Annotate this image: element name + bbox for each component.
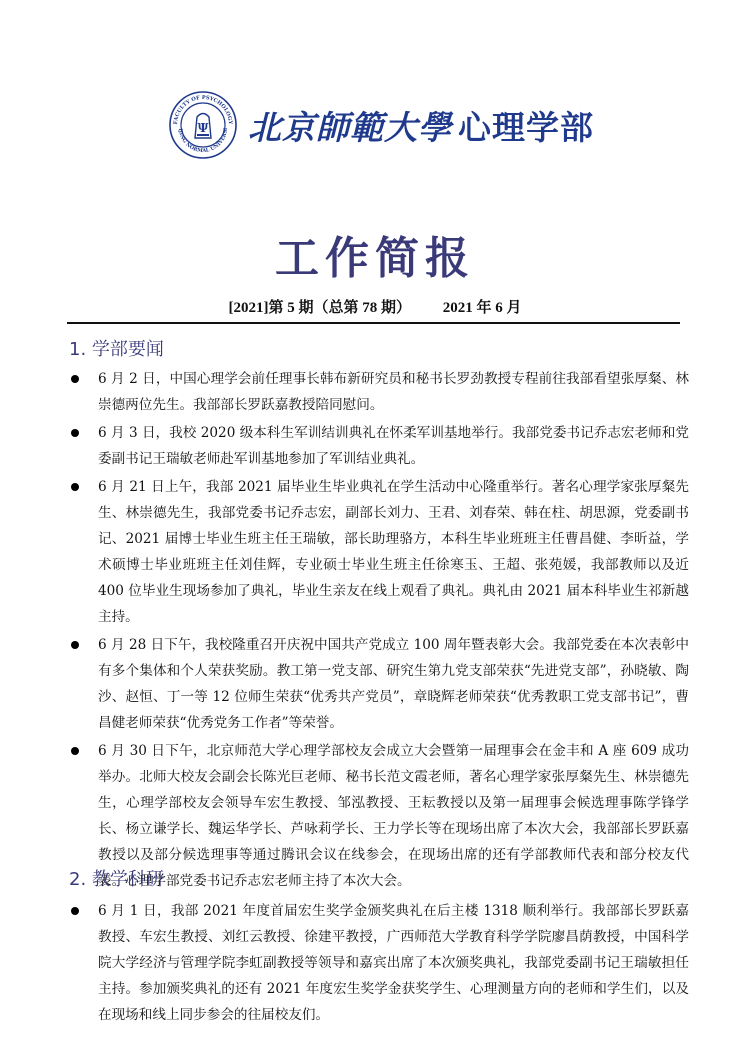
section-heading-news: 1. 学部要闻 — [69, 335, 164, 361]
bullet-icon — [71, 375, 79, 383]
svg-text:Ψ: Ψ — [198, 121, 209, 135]
bullet-icon — [71, 429, 79, 437]
university-name: 北京師範大學 — [248, 102, 452, 149]
teaching-research-list: 6 月 1 日，我部 2021 年度首届宏生奖学金颁奖典礼在后主楼 1318 顺… — [69, 898, 689, 1030]
issue-date: 2021 年 6 月 — [443, 300, 522, 316]
news-list: 6 月 2 日，中国心理学会前任理事长韩布新研究员和秘书长罗劲教授专程前往我部看… — [69, 366, 689, 896]
letterhead-logo: FACULTY OF PSYCHOLOGY BEIJING NORMAL UNI… — [168, 90, 594, 160]
list-item: 6 月 21 日上午，我部 2021 届毕业生毕业典礼在学生活动中心隆重举行。著… — [69, 474, 689, 630]
section-heading-teaching-research: 2. 教学科研 — [69, 865, 164, 891]
bullet-icon — [71, 747, 79, 755]
bullet-icon — [71, 907, 79, 915]
bulletin-title: 工作简报 — [0, 222, 750, 286]
list-item: 6 月 3 日，我校 2020 级本科生军训结训典礼在怀柔军训基地举行。我部党委… — [69, 420, 689, 472]
faculty-seal-icon: FACULTY OF PSYCHOLOGY BEIJING NORMAL UNI… — [168, 90, 238, 160]
issue-info: [2021]第 5 期（总第 78 期） 2021 年 6 月 — [0, 296, 750, 317]
bullet-icon — [71, 641, 79, 649]
bullet-icon — [71, 483, 79, 491]
list-item: 6 月 2 日，中国心理学会前任理事长韩布新研究员和秘书长罗劲教授专程前往我部看… — [69, 366, 689, 418]
issue-number: [2021]第 5 期（总第 78 期） — [228, 300, 411, 316]
header-divider — [67, 322, 680, 324]
list-item: 6 月 28 日下午，我校隆重召开庆祝中国共产党成立 100 周年暨表彰大会。我… — [69, 632, 689, 736]
list-item: 6 月 1 日，我部 2021 年度首届宏生奖学金颁奖典礼在后主楼 1318 顺… — [69, 898, 689, 1028]
department-name: 心理学部 — [458, 102, 594, 149]
